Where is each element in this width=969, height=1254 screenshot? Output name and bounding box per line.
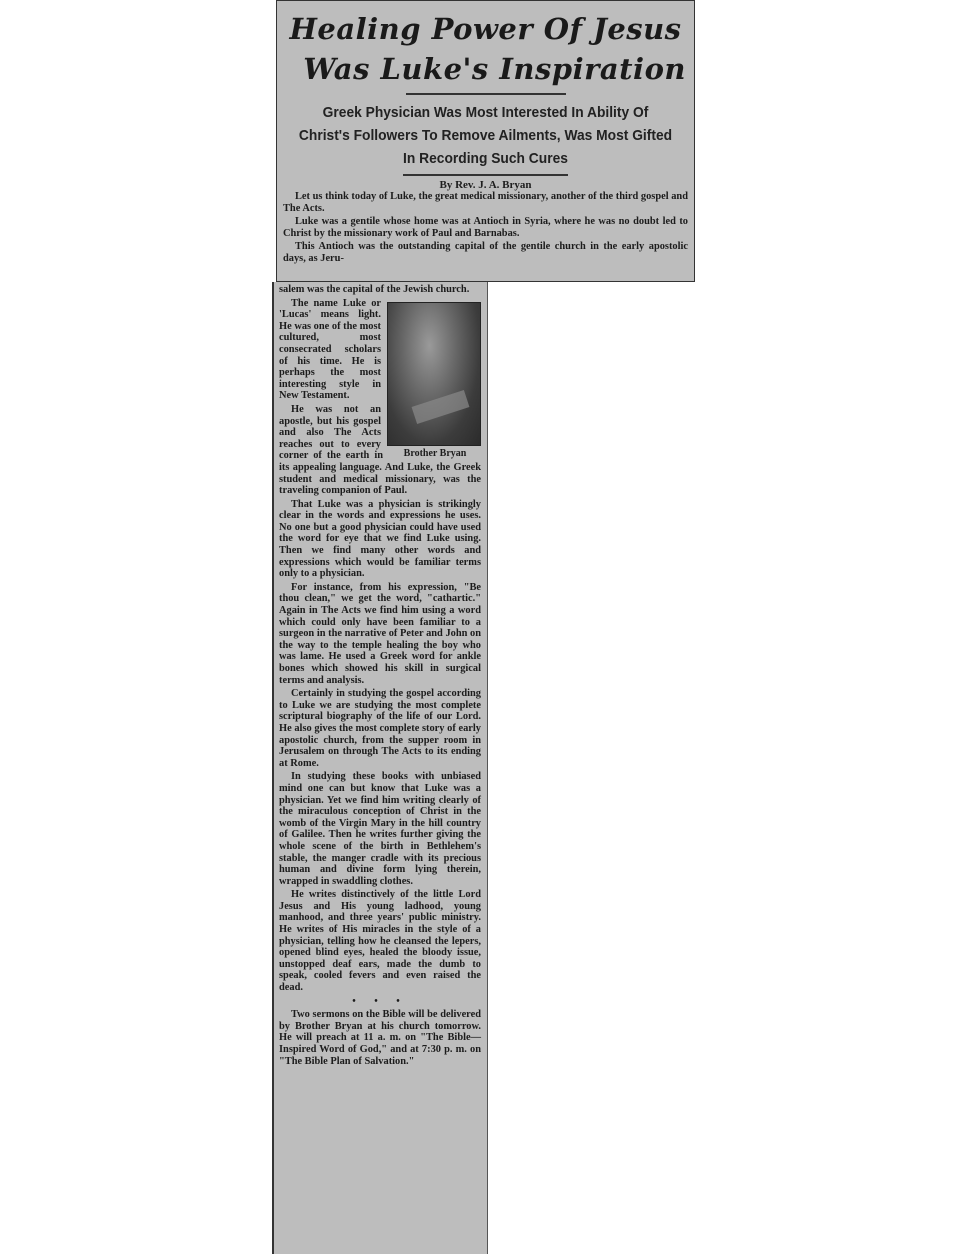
divider-rule bbox=[403, 174, 568, 176]
byline: By Rev. J. A. Bryan bbox=[277, 179, 694, 191]
article-body: salem was the capital of the Jewish chur… bbox=[274, 282, 487, 1067]
paragraph: Let us think today of Luke, the great me… bbox=[283, 191, 688, 214]
section-separator: • • • bbox=[279, 996, 481, 1008]
paragraph: For instance, from his expression, "Be t… bbox=[279, 582, 481, 686]
headline: Healing Power Of Jesus Was Luke's Inspir… bbox=[277, 9, 694, 89]
divider-rule bbox=[406, 93, 566, 95]
paragraph-continuation: salem was the capital of the Jewish chur… bbox=[279, 284, 481, 296]
paragraph: In studying these books with unbiased mi… bbox=[279, 771, 481, 887]
article-intro: Let us think today of Luke, the great me… bbox=[277, 191, 694, 265]
paragraph: That Luke was a physician is strikingly … bbox=[279, 499, 481, 580]
portrait-photo bbox=[387, 302, 481, 446]
article-header-block: Healing Power Of Jesus Was Luke's Inspir… bbox=[276, 0, 695, 282]
headline-line-1: Healing Power Of Jesus bbox=[277, 9, 694, 49]
sermon-notice: Two sermons on the Bible will be deliver… bbox=[279, 1009, 481, 1067]
paragraph: Two sermons on the Bible will be deliver… bbox=[279, 1009, 481, 1067]
subheadline-deck: Greek Physician Was Most Interested In A… bbox=[297, 101, 673, 170]
paragraph: Certainly in studying the gospel accordi… bbox=[279, 688, 481, 769]
paragraph: This Antioch was the outstanding capital… bbox=[283, 241, 688, 264]
headline-line-2: Was Luke's Inspiration bbox=[277, 49, 694, 89]
photo-caption: Brother Bryan bbox=[389, 448, 481, 460]
paragraph: He writes distinctively of the little Lo… bbox=[279, 889, 481, 993]
article-column: salem was the capital of the Jewish chur… bbox=[272, 282, 488, 1254]
paragraph: Luke was a gentile whose home was at Ant… bbox=[283, 216, 688, 239]
